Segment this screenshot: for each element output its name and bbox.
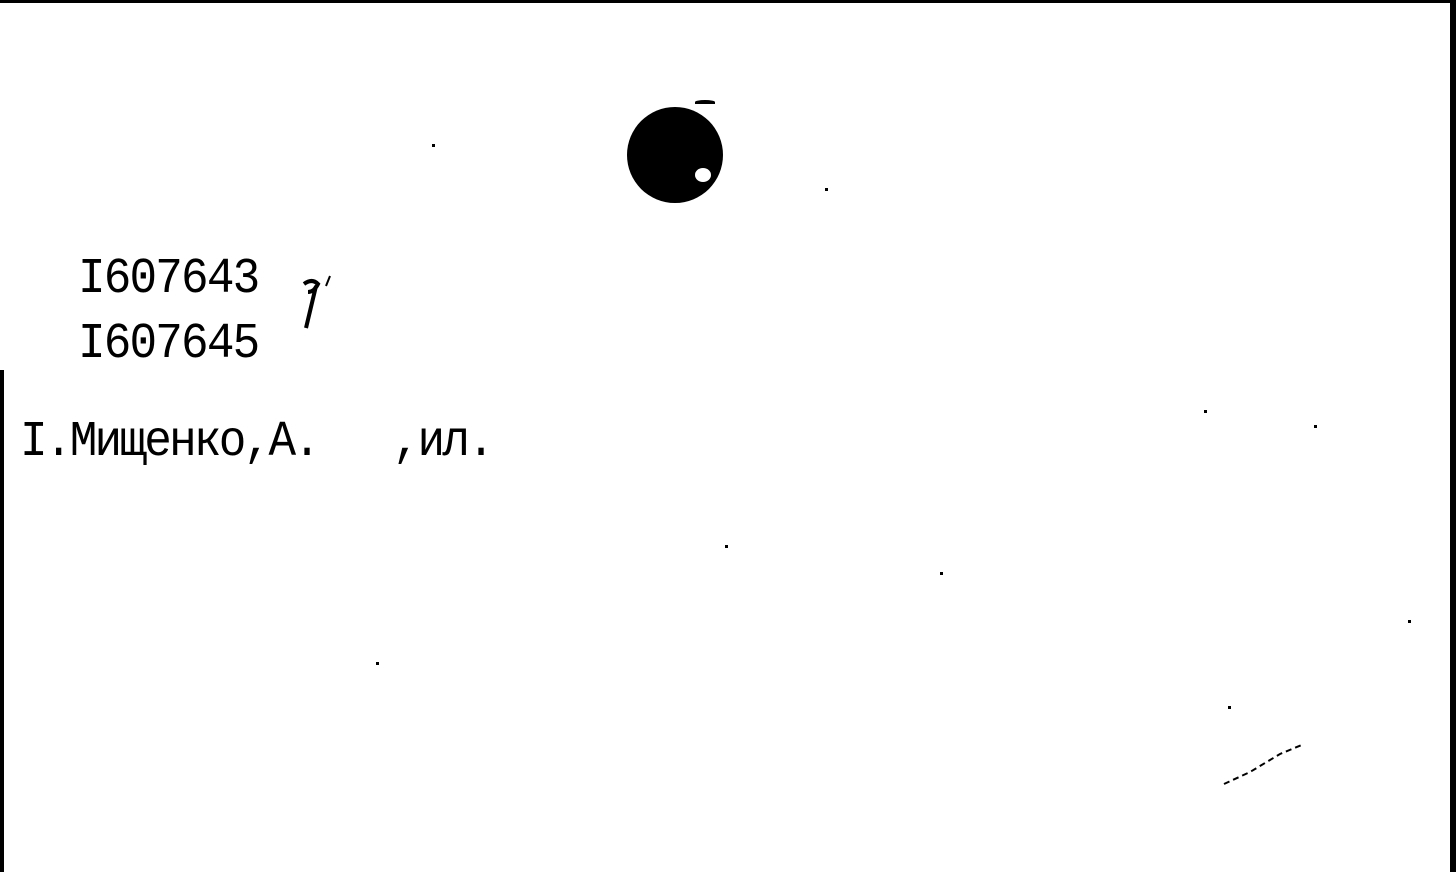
- speck: [825, 188, 828, 191]
- card-border-top: [0, 0, 1456, 3]
- handwritten-mark-icon: [300, 272, 340, 332]
- call-number-2: I607645: [78, 320, 258, 370]
- card-border-right: [1450, 0, 1456, 872]
- call-number-1: I607643: [78, 255, 258, 305]
- punch-hole-nick: [695, 100, 715, 104]
- speck: [432, 144, 435, 147]
- speck: [1204, 410, 1207, 413]
- speck: [376, 662, 379, 665]
- card-border-left: [0, 370, 4, 872]
- punch-hole-icon: [627, 107, 723, 203]
- catalog-card: I607643 I607645 I.Мищенко,А. ,ил.: [0, 0, 1456, 872]
- speck: [1314, 425, 1317, 428]
- author-entry: I.Мищенко,А. ,ил.: [20, 418, 492, 468]
- speck: [1228, 706, 1231, 709]
- speck: [725, 545, 728, 548]
- speck: [940, 572, 943, 575]
- scratch-mark: [1220, 740, 1310, 790]
- punch-hole-glint: [695, 168, 711, 182]
- speck: [1408, 620, 1411, 623]
